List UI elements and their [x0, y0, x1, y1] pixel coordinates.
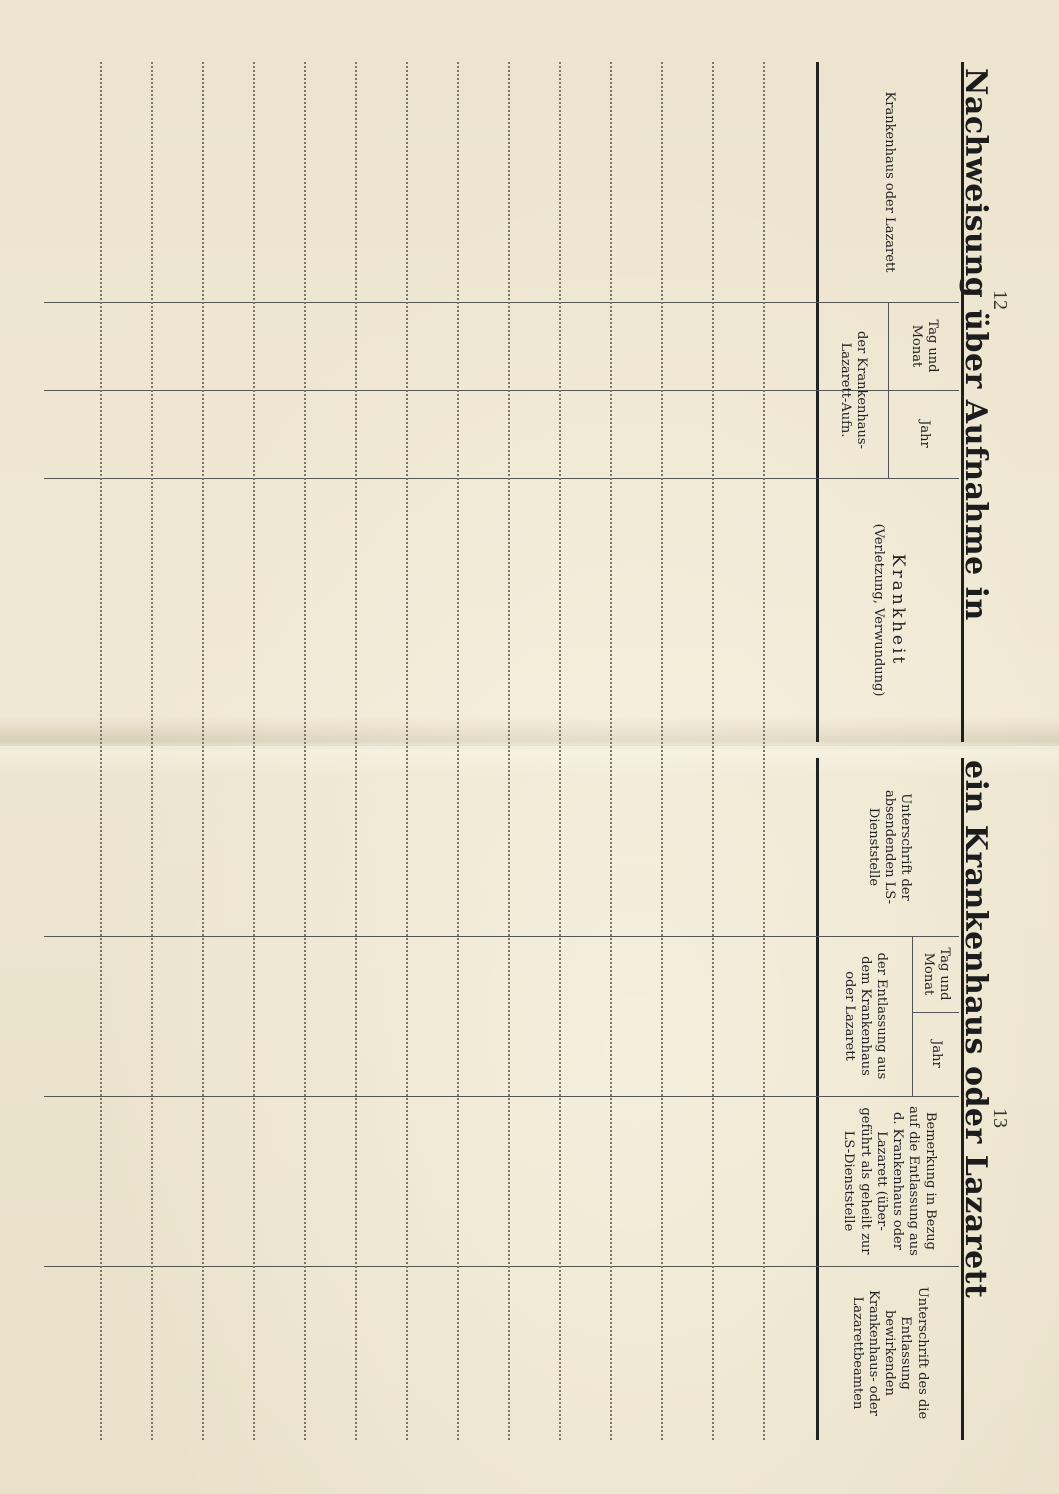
- admission-table: Krankenhaus oder Lazarett Tag und Monat …: [44, 62, 959, 742]
- column-divider: [913, 1012, 959, 1013]
- row-line[interactable]: [355, 62, 357, 1440]
- header-label: Tag und Monat: [908, 302, 941, 390]
- header-discharge-group: der Entlassung aus dem Krankenhaus oder …: [818, 936, 913, 1096]
- row-line[interactable]: [610, 62, 612, 1440]
- discharge-table: Unterschrift der absendenden LS-Dienstst…: [44, 758, 959, 1440]
- column-divider: [44, 1266, 959, 1267]
- header-remark: Bemerkung in Bezug auf die Entlassung au…: [819, 1096, 959, 1266]
- row-line[interactable]: [304, 62, 306, 1440]
- row-line[interactable]: [457, 62, 459, 1440]
- header-day-month: Tag und Monat: [889, 302, 959, 390]
- row-line[interactable]: [559, 62, 561, 1440]
- column-divider: [44, 302, 959, 303]
- header-label: Krankenhaus oder Lazarett: [881, 92, 897, 273]
- column-divider: [44, 390, 959, 391]
- header-illness: Krankheit (Verletzung, Verwundung): [819, 478, 959, 742]
- table-header: Unterschrift der absendenden LS-Dienstst…: [816, 758, 959, 1440]
- column-divider: [44, 936, 959, 937]
- title-rule: [961, 62, 964, 742]
- row-line[interactable]: [151, 62, 153, 1440]
- column-divider: [44, 1096, 959, 1097]
- header-label: Krankheit: [887, 554, 908, 667]
- row-line[interactable]: [100, 62, 102, 1440]
- header-sender-signature: Unterschrift der absendenden LS-Dienstst…: [819, 758, 959, 936]
- table-header: Krankenhaus oder Lazarett Tag und Monat …: [816, 62, 959, 742]
- row-line[interactable]: [712, 62, 714, 1440]
- header-official-signature: Unterschrift des die Entlassung bewirken…: [819, 1266, 959, 1440]
- row-line[interactable]: [763, 62, 765, 1440]
- title-rule: [961, 758, 964, 1440]
- header-label: Unterschrift des die Entlassung bewirken…: [848, 1278, 929, 1428]
- row-line[interactable]: [661, 62, 663, 1440]
- header-hospital: Krankenhaus oder Lazarett: [819, 62, 959, 302]
- header-label: der Entlassung aus dem Krankenhaus oder …: [841, 941, 890, 1091]
- header-label: Unterschrift der absendenden LS-Dienstst…: [865, 782, 914, 912]
- header-label: Jahr: [928, 1040, 944, 1068]
- row-line[interactable]: [253, 62, 255, 1440]
- row-line[interactable]: [202, 62, 204, 1440]
- header-label: Tag und Monat: [920, 936, 953, 1012]
- header-label: Jahr: [916, 420, 932, 448]
- header-day-month: Tag und Monat: [913, 936, 959, 1012]
- header-year: Jahr: [913, 1012, 959, 1096]
- header-year: Jahr: [889, 390, 959, 478]
- row-line[interactable]: [508, 62, 510, 1440]
- column-divider: [44, 478, 959, 479]
- center-fold: [0, 745, 1059, 749]
- document-spread: 12 Nachweisung über Aufnahme in Krankenh…: [0, 0, 1059, 1494]
- row-line[interactable]: [406, 62, 408, 1440]
- header-label: Bemerkung in Bezug auf die Entlassung au…: [840, 1106, 938, 1256]
- header-sublabel: (Verletzung, Verwundung): [870, 524, 886, 697]
